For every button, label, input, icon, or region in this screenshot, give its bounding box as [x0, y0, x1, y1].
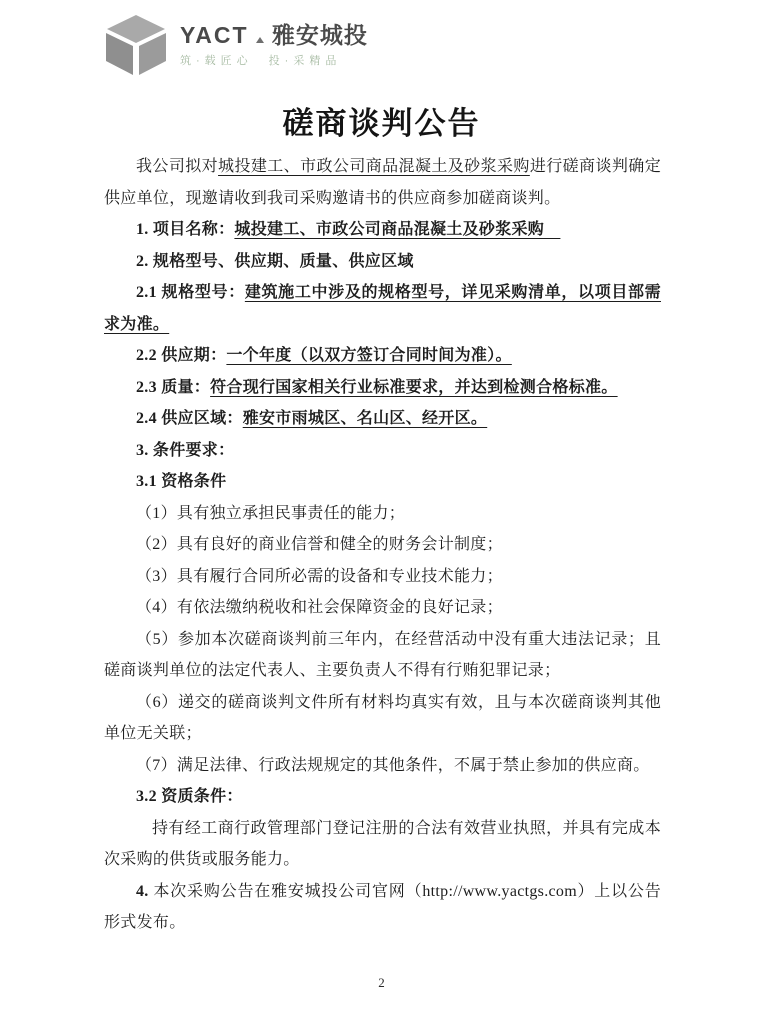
- text-segment: 2.1 规格型号：: [136, 284, 245, 301]
- brand-tagline: 筑·载匠心 投·采精品: [180, 52, 368, 68]
- company-logo: YACT 雅安城投 筑·载匠心 投·采精品: [104, 14, 368, 76]
- text-segment: 城投建工、市政公司商品混凝土及砂浆采购: [234, 221, 560, 238]
- text-segment: 符合现行国家相关行业标准要求，并达到检测合格标准。: [210, 379, 618, 396]
- text-segment: 持有经工商行政管理部门登记注册的合法有效营业执照，并具有完成本次采购的供货或服务…: [104, 820, 661, 869]
- paragraph: 2.4 供应区域：雅安市雨城区、名山区、经开区。: [104, 403, 661, 435]
- paragraph: （7）满足法律、行政法规规定的其他条件，不属于禁止参加的供应商。: [104, 750, 661, 782]
- text-segment: 3.2 资质条件：: [136, 788, 243, 805]
- page-title: 磋商谈判公告: [0, 98, 763, 143]
- caret-mark-icon: [256, 37, 264, 43]
- paragraph: 3.1 资格条件: [104, 466, 661, 498]
- paragraph: （3）具有履行合同所必需的设备和专业技术能力；: [104, 561, 661, 593]
- text-segment: （3）具有履行合同所必需的设备和专业技术能力；: [136, 568, 503, 585]
- paragraph: 我公司拟对城投建工、市政公司商品混凝土及砂浆采购进行磋商谈判确定供应单位，现邀请…: [104, 151, 661, 214]
- text-segment: 3. 条件要求：: [136, 442, 234, 459]
- paragraph: 4. 本次采购公告在雅安城投公司官网（http://www.yactgs.com…: [104, 876, 661, 939]
- cube-icon: [104, 14, 168, 76]
- paragraph: （6）递交的磋商谈判文件所有材料均真实有效，且与本次磋商谈判其他单位无关联；: [104, 687, 661, 750]
- brand-name: YACT 雅安城投: [180, 22, 368, 48]
- text-segment: （6）递交的磋商谈判文件所有材料均真实有效，且与本次磋商谈判其他单位无关联；: [104, 694, 661, 743]
- paragraph: （2）具有良好的商业信誉和健全的财务会计制度；: [104, 529, 661, 561]
- brand-latin: YACT: [180, 22, 249, 48]
- text-segment: （2）具有良好的商业信誉和健全的财务会计制度；: [136, 536, 503, 553]
- paragraph: 持有经工商行政管理部门登记注册的合法有效营业执照，并具有完成本次采购的供货或服务…: [104, 813, 661, 876]
- text-segment: 2. 规格型号、供应期、质量、供应区域: [136, 253, 414, 270]
- text-segment: 2.3 质量：: [136, 379, 210, 396]
- text-segment: 2.4 供应区域：: [136, 410, 243, 427]
- page-number: 2: [0, 975, 763, 991]
- paragraph: 3.2 资质条件：: [104, 781, 661, 813]
- text-segment: 本次采购公告在雅安城投公司官网（http://www.yactgs.com）上以…: [104, 883, 661, 932]
- text-segment: （1）具有独立承担民事责任的能力；: [136, 505, 405, 522]
- paragraph: 1. 项目名称：城投建工、市政公司商品混凝土及砂浆采购: [104, 214, 661, 246]
- text-segment: 一个年度（以双方签订合同时间为准）。: [226, 347, 511, 364]
- document-body: 我公司拟对城投建工、市政公司商品混凝土及砂浆采购进行磋商谈判确定供应单位，现邀请…: [104, 151, 661, 939]
- paragraph: （4）有依法缴纳税收和社会保障资金的良好记录；: [104, 592, 661, 624]
- logo-text-block: YACT 雅安城投 筑·载匠心 投·采精品: [180, 22, 368, 68]
- paragraph: 2. 规格型号、供应期、质量、供应区域: [104, 246, 661, 278]
- text-segment: 4.: [136, 883, 153, 900]
- text-segment: 2.2 供应期：: [136, 347, 226, 364]
- document-page: YACT 雅安城投 筑·载匠心 投·采精品 磋商谈判公告 我公司拟对城投建工、市…: [0, 0, 763, 1019]
- text-segment: （5）参加本次磋商谈判前三年内，在经营活动中没有重大违法记录；且磋商谈判单位的法…: [104, 631, 661, 680]
- paragraph: 2.3 质量：符合现行国家相关行业标准要求，并达到检测合格标准。: [104, 372, 661, 404]
- text-segment: 3.1 资格条件: [136, 473, 226, 490]
- paragraph: 3. 条件要求：: [104, 435, 661, 467]
- text-segment: 城投建工、市政公司商品混凝土及砂浆采购: [218, 158, 530, 175]
- text-segment: 1. 项目名称：: [136, 221, 234, 238]
- text-segment: （4）有依法缴纳税收和社会保障资金的良好记录；: [136, 599, 503, 616]
- paragraph: （1）具有独立承担民事责任的能力；: [104, 498, 661, 530]
- text-segment: 我公司拟对: [136, 158, 218, 175]
- paragraph: 2.1 规格型号：建筑施工中涉及的规格型号，详见采购清单，以项目部需求为准。: [104, 277, 661, 340]
- text-segment: （7）满足法律、行政法规规定的其他条件，不属于禁止参加的供应商。: [136, 757, 650, 774]
- text-segment: 雅安市雨城区、名山区、经开区。: [243, 410, 488, 427]
- brand-chinese: 雅安城投: [272, 22, 368, 48]
- paragraph: （5）参加本次磋商谈判前三年内，在经营活动中没有重大违法记录；且磋商谈判单位的法…: [104, 624, 661, 687]
- paragraph: 2.2 供应期：一个年度（以双方签订合同时间为准）。: [104, 340, 661, 372]
